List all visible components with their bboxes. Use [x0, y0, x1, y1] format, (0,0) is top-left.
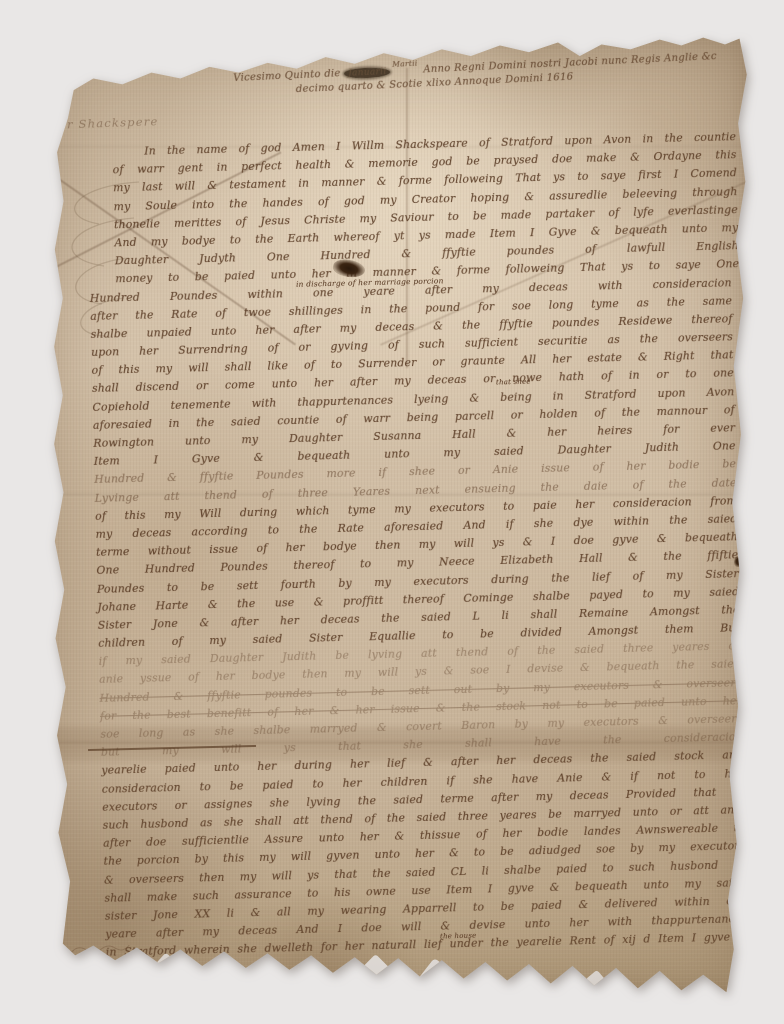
torn-edge-gap — [585, 970, 608, 993]
ink-blot — [734, 556, 743, 567]
parchment-sheet-wrapper: Vicesimo Quinto die JanuariiMartii Anno … — [0, 0, 784, 1024]
parchment-sheet: Vicesimo Quinto die JanuariiMartii Anno … — [28, 26, 754, 998]
margin-note-shakespeare: Mr Shackspere — [54, 114, 159, 132]
interlineation-the-house: the house — [440, 932, 477, 941]
docket-note-scribble — [41, 935, 153, 974]
blotted-out-word: Januarii — [344, 67, 391, 79]
latin-date-heading: Vicesimo Quinto die JanuariiMartii Anno … — [233, 48, 762, 100]
interlineation-that-shee: that shee — [496, 378, 531, 387]
torn-edge-gap — [360, 954, 394, 988]
interlined-word-martii: Martii — [392, 59, 418, 69]
manuscript-lines: In the name of god Amen I Willm Shackspe… — [86, 128, 748, 962]
photograph-of-manuscript: Vicesimo Quinto die JanuariiMartii Anno … — [0, 0, 784, 1024]
torn-edge-gap — [417, 958, 463, 1002]
